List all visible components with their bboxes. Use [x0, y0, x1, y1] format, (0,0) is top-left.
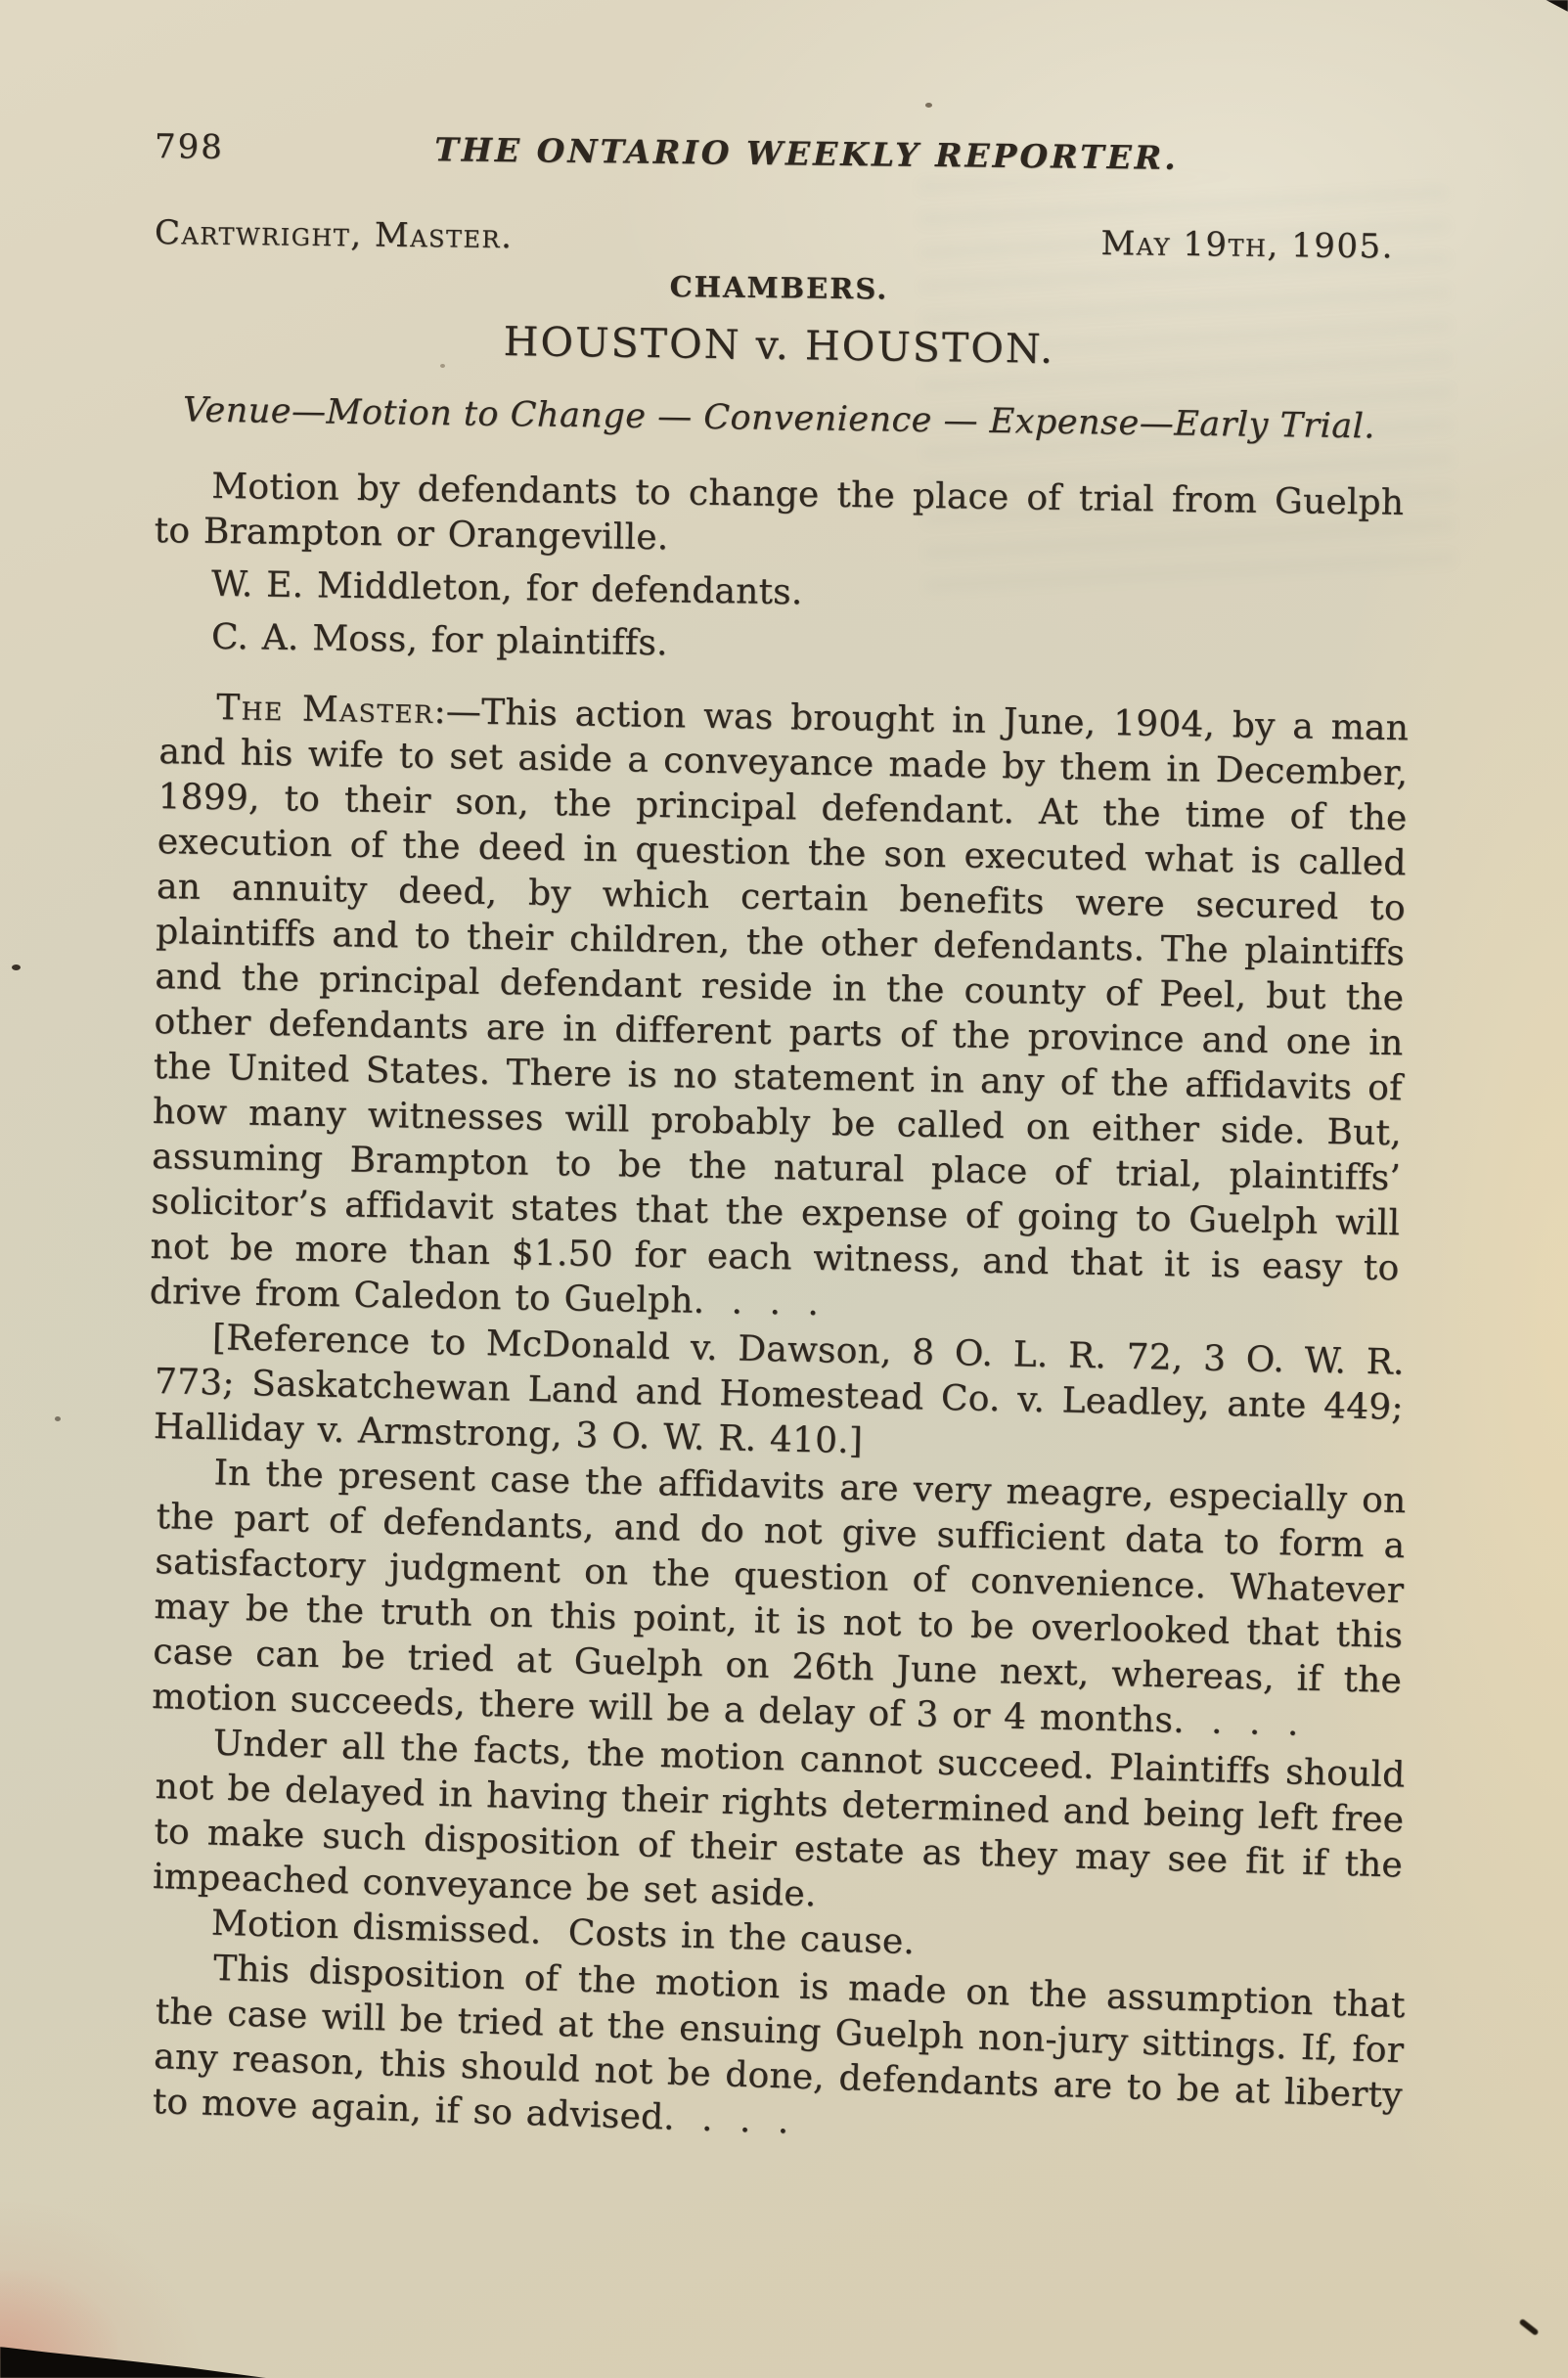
running-title: THE ONTARIO WEEKLY REPORTER. — [434, 130, 1179, 177]
judge-name: Cartwright, Master. — [155, 213, 514, 256]
motion-summary: Motion by defendants to change the place… — [154, 464, 1404, 571]
conclusion-paragraph: Under all the facts, the motion cannot s… — [153, 1720, 1407, 1933]
reference-note: [Reference to McDonald v. Dawson, 8 O. L… — [154, 1315, 1406, 1476]
judge-date-row: Cartwright, Master. May 19th, 1905. — [155, 213, 1404, 266]
scan-shadow-bottom-left — [0, 2270, 117, 2358]
case-title: HOUSTON v. HOUSTON. — [155, 313, 1405, 378]
counsel-for-defendants: W. E. Middleton, for defendants. — [155, 561, 1405, 624]
assumption-paragraph: This disposition of the motion is made o… — [152, 1945, 1406, 2164]
judgment-text: :—This action was brought in June, 1904,… — [149, 692, 1409, 1324]
page-number: 798 — [155, 127, 224, 167]
present-case-paragraph: In the present case the affidavits are v… — [152, 1450, 1407, 1749]
court-heading: CHAMBERS. — [155, 264, 1404, 311]
catchwords: Venue—Motion to Change — Convenience — E… — [155, 385, 1405, 452]
page-content: 798 THE ONTARIO WEEKLY REPORTER. Cartwri… — [0, 0, 1568, 2125]
decision-date: May 19th, 1905. — [1100, 224, 1404, 267]
running-header: 798 THE ONTARIO WEEKLY REPORTER. — [155, 127, 1404, 180]
ink-fleck-bottom-right — [1518, 2318, 1539, 2336]
counsel-for-plaintiffs: C. A. Moss, for plaintiffs. — [155, 614, 1405, 677]
scanned-book-page: 798 THE ONTARIO WEEKLY REPORTER. Cartwri… — [0, 0, 1568, 2378]
judgment-speaker: The Master — [216, 688, 434, 732]
running-header-spacer — [1151, 169, 1404, 172]
scan-edge-bottom-left — [0, 2347, 266, 2378]
judgment-paragraph: The Master:—This action was brought in J… — [149, 685, 1409, 1336]
